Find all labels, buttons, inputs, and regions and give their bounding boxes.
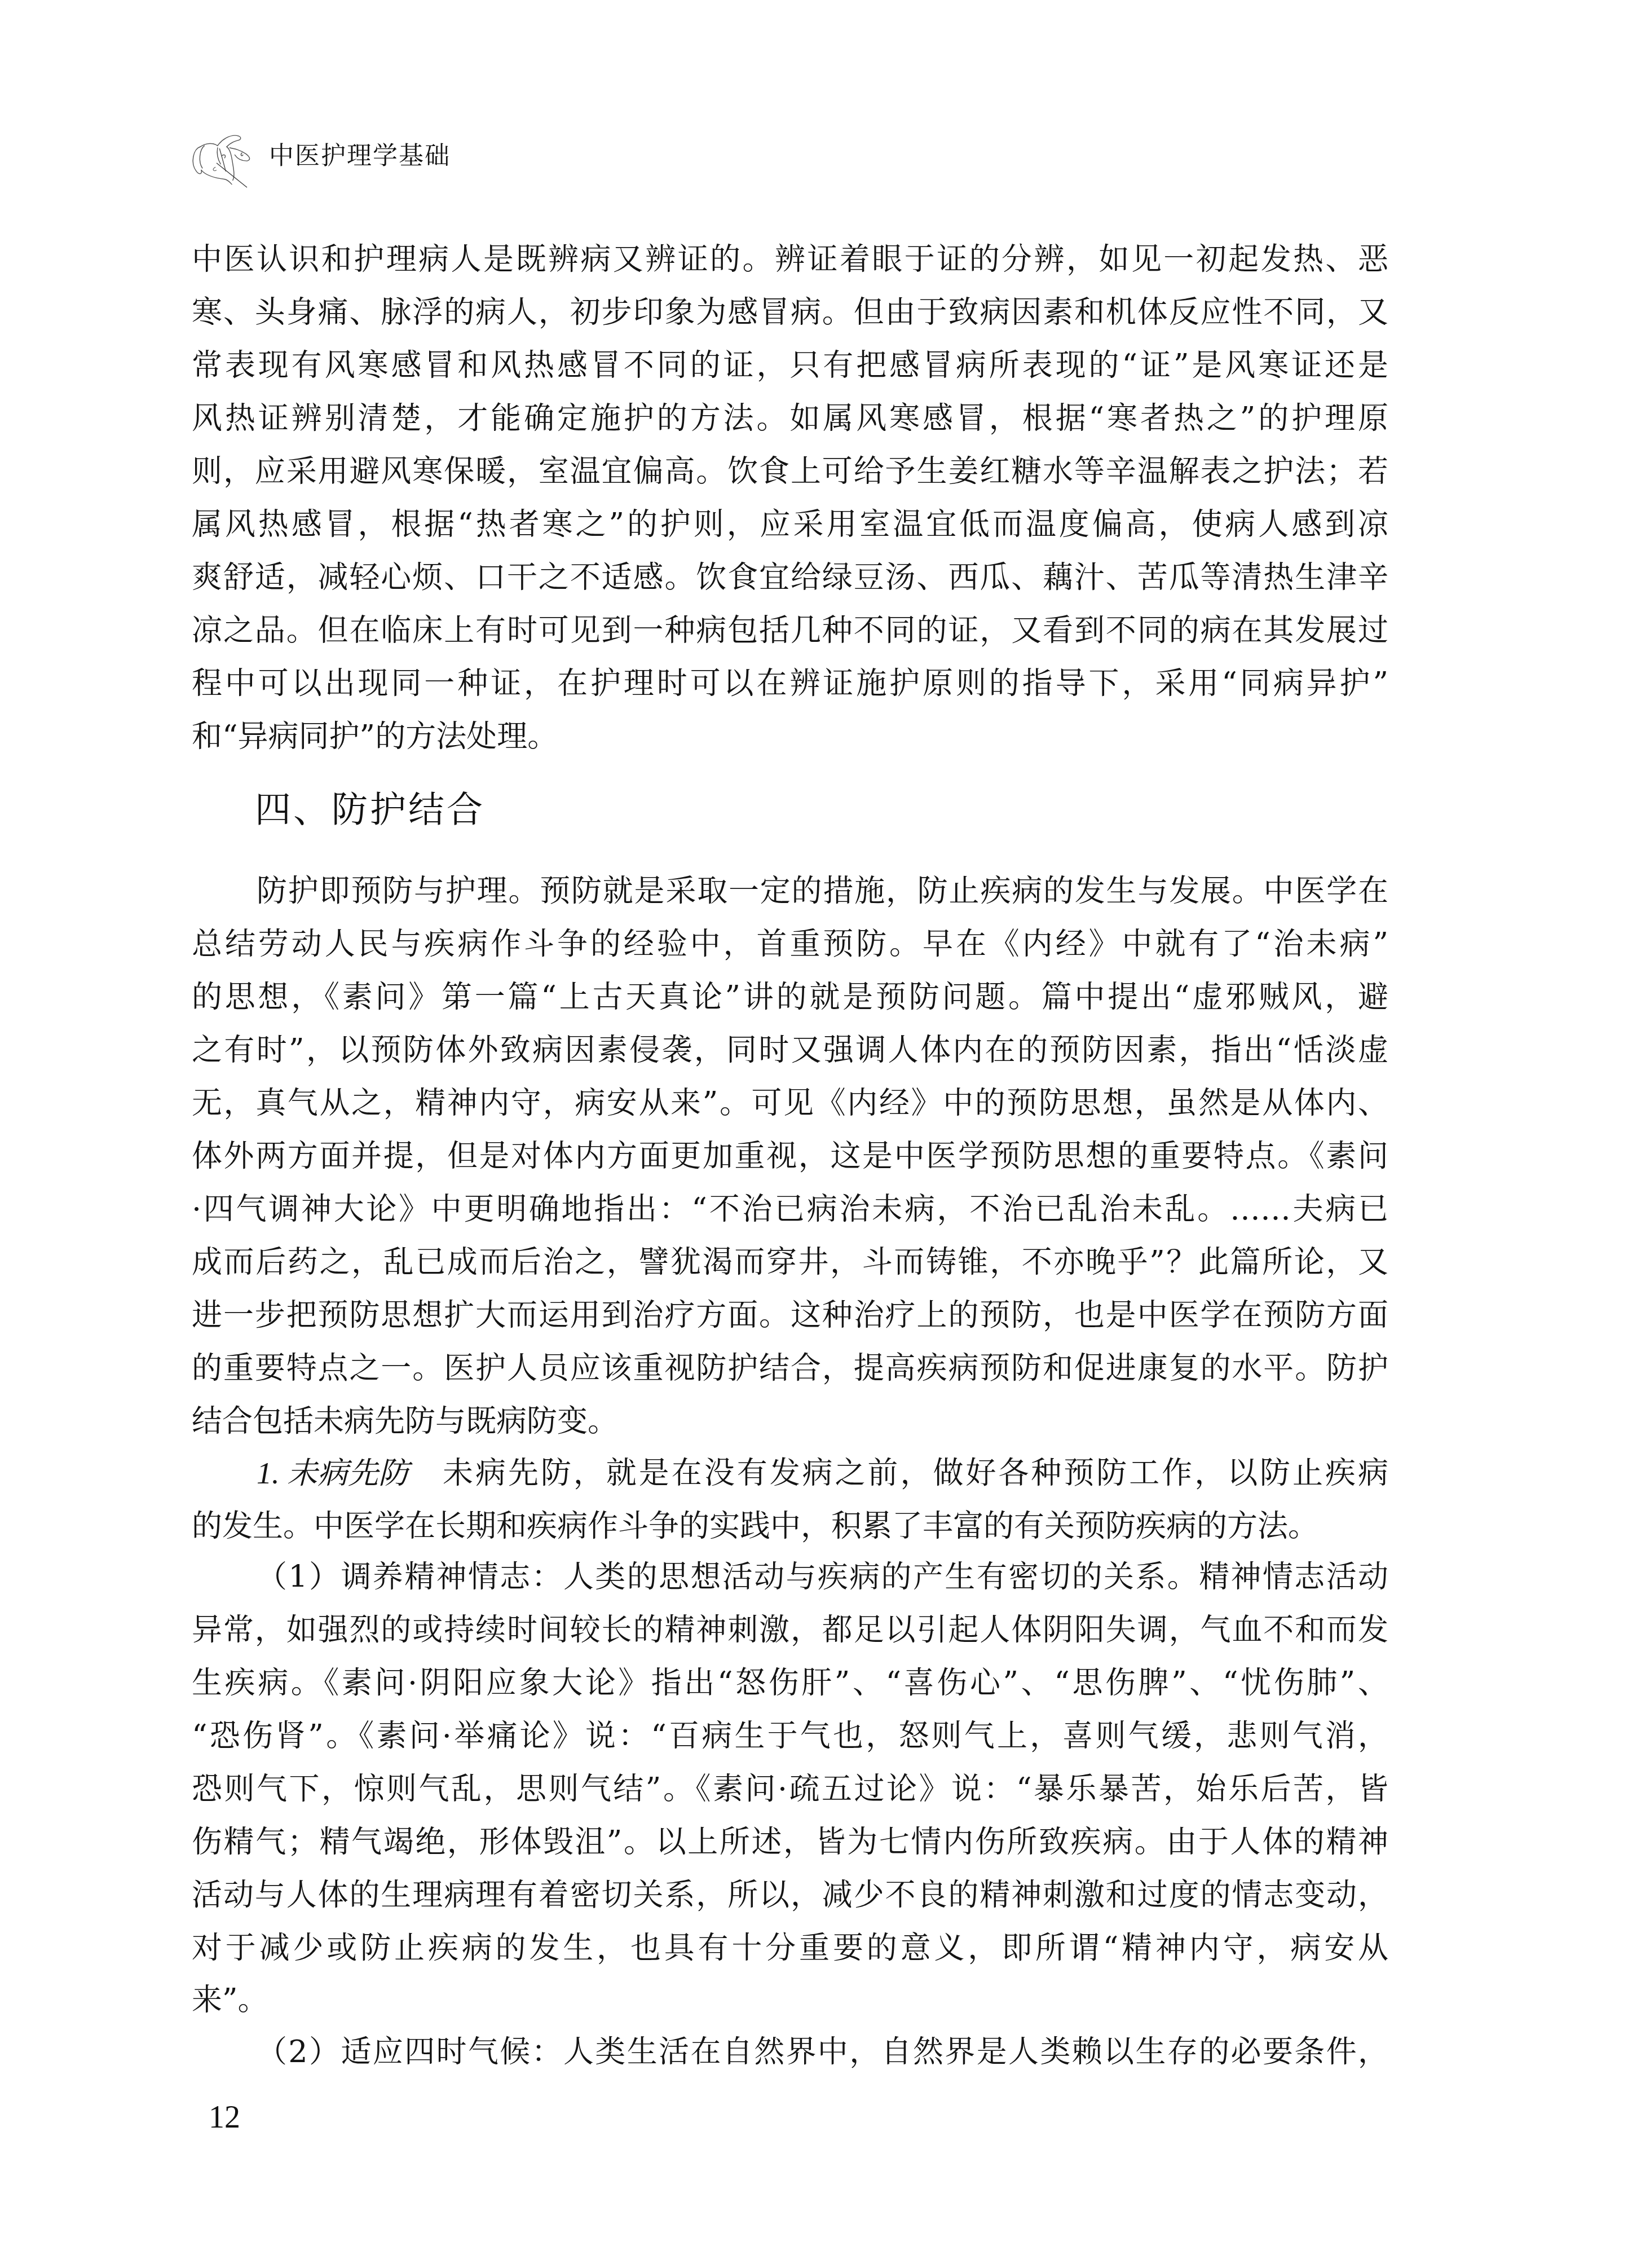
text-line: 活动与人体的生理病理有着密切关系，所以，减少不良的精神刺激和过度的情志变动， [192,1878,1388,1912]
text-line: 中医认识和护理病人是既辨病又辨证的。辨证着眼于证的分辨，如见一初起发热、恶 [192,243,1388,276]
text-line: 的发生。中医学在长期和疾病作斗争的实践中，积累了丰富的有关预防疾病的方法。 [192,1509,1388,1543]
item-1-line: 1. 未病先防 未病先防，就是在没有发病之前，做好各种预防工作，以防止疾病 [257,1456,1388,1490]
text-line: 防护即预防与护理。预防就是采取一定的措施，防止疾病的发生与发展。中医学在 [257,874,1388,908]
text-line: 之有时”，以预防体外致病因素侵袭，同时又强调人体内在的预防因素，指出“恬淡虚 [192,1033,1388,1067]
book-page: 中医护理学基础 中医认识和护理病人是既辨病又辨证的。辨证着眼于证的分辨，如见一初… [0,0,1628,2268]
text-line: 爽舒适，减轻心烦、口干之不适感。饮食宜给绿豆汤、西瓜、藕汁、苦瓜等清热生津辛 [192,561,1388,594]
text-line: 程中可以出现同一种证，在护理时可以在辨证施护原则的指导下，采用“同病异护” [192,667,1388,701]
text-line: 无，真气从之，精神内守，病安从来”。可见《内经》中的预防思想，虽然是从体内、 [192,1086,1388,1120]
page-number: 12 [209,2099,240,2135]
book-title: 中医护理学基础 [269,135,451,171]
item-1-label: 1. 未病先防 [257,1456,409,1490]
text-line: “恐伤肾”。《素问·举痛论》说：“百病生于气也，怒则气上，喜则气缓，悲则气消， [192,1719,1388,1753]
text-line: 寒、头身痛、脉浮的病人，初步印象为感冒病。但由于致病因素和机体反应性不同，又 [192,296,1388,329]
text-line: 异常，如强烈的或持续时间较长的精神刺激，都足以引起人体阴阳失调，气血不和而发 [192,1613,1388,1647]
subitem-1-heading-line: （1）调养精神情志：人类的思想活动与疾病的产生有密切的关系。精神情志活动 [257,1560,1388,1594]
section-heading: 四、防护结合 [255,789,485,831]
text-line: 常表现有风寒感冒和风热感冒不同的证，只有把感冒病所表现的“证”是风寒证还是 [192,349,1388,382]
text-line: ·四气调神大论》中更明确地指出：“不治已病治未病，不治已乱治未乱。……夫病已 [192,1192,1388,1226]
text-line: 和“异病同护”的方法处理。 [192,720,1388,754]
text-line: 恐则气下，惊则气乱，思则气结”。《素问·疏五过论》说：“暴乐暴苦，始乐后苦，皆 [192,1772,1388,1806]
hand-acupuncture-needle-icon [186,126,262,190]
text-line: 生疾病。《素问·阴阳应象大论》指出“怒伤肝”、“喜伤心”、“思伤脾”、“忧伤肺”… [192,1666,1388,1700]
text-line: 则，应采用避风寒保暖，室温宜偏高。饮食上可给予生姜红糖水等辛温解表之护法；若 [192,455,1388,488]
item-1-text: 未病先防，就是在没有发病之前，做好各种预防工作，以防止疾病 [443,1456,1388,1490]
text-line: 风热证辨别清楚，才能确定施护的方法。如属风寒感冒，根据“寒者热之”的护理原 [192,402,1388,435]
text-line: 凉之品。但在临床上有时可见到一种病包括几种不同的证，又看到不同的病在其发展过 [192,614,1388,648]
text-line: 来”。 [192,1983,1388,2017]
text-line: 的思想，《素问》第一篇“上古天真论”讲的就是预防问题。篇中提出“虚邪贼风，避 [192,980,1388,1014]
text-line: 伤精气；精气竭绝，形体毁沮”。以上所述，皆为七情内伤所致疾病。由于人体的精神 [192,1825,1388,1859]
text-line: 体外两方面并提，但是对体内方面更加重视，这是中医学预防思想的重要特点。《素问 [192,1139,1388,1173]
text-line: 成而后药之，乱已成而后治之，譬犹渴而穿井，斗而铸锥，不亦晚乎”？此篇所论，又 [192,1245,1388,1279]
running-head: 中医护理学基础 [186,125,451,190]
text-line: 进一步把预防思想扩大而运用到治疗方面。这种治疗上的预防，也是中医学在预防方面 [192,1298,1388,1332]
subitem-2-heading-line: （2）适应四时气候：人类生活在自然界中，自然界是人类赖以生存的必要条件， [257,2035,1388,2069]
text-line: 对于减少或防止疾病的发生，也具有十分重要的意义，即所谓“精神内守，病安从 [192,1931,1388,1965]
text-line: 总结劳动人民与疾病作斗争的经验中，首重预防。早在《内经》中就有了“治未病” [192,927,1388,961]
text-line: 属风热感冒，根据“热者寒之”的护则，应采用室温宜低而温度偏高，使病人感到凉 [192,508,1388,541]
text-line: 结合包括未病先防与既病防变。 [192,1404,1388,1438]
text-line: 的重要特点之一。医护人员应该重视防护结合，提高疾病预防和促进康复的水平。防护 [192,1351,1388,1385]
